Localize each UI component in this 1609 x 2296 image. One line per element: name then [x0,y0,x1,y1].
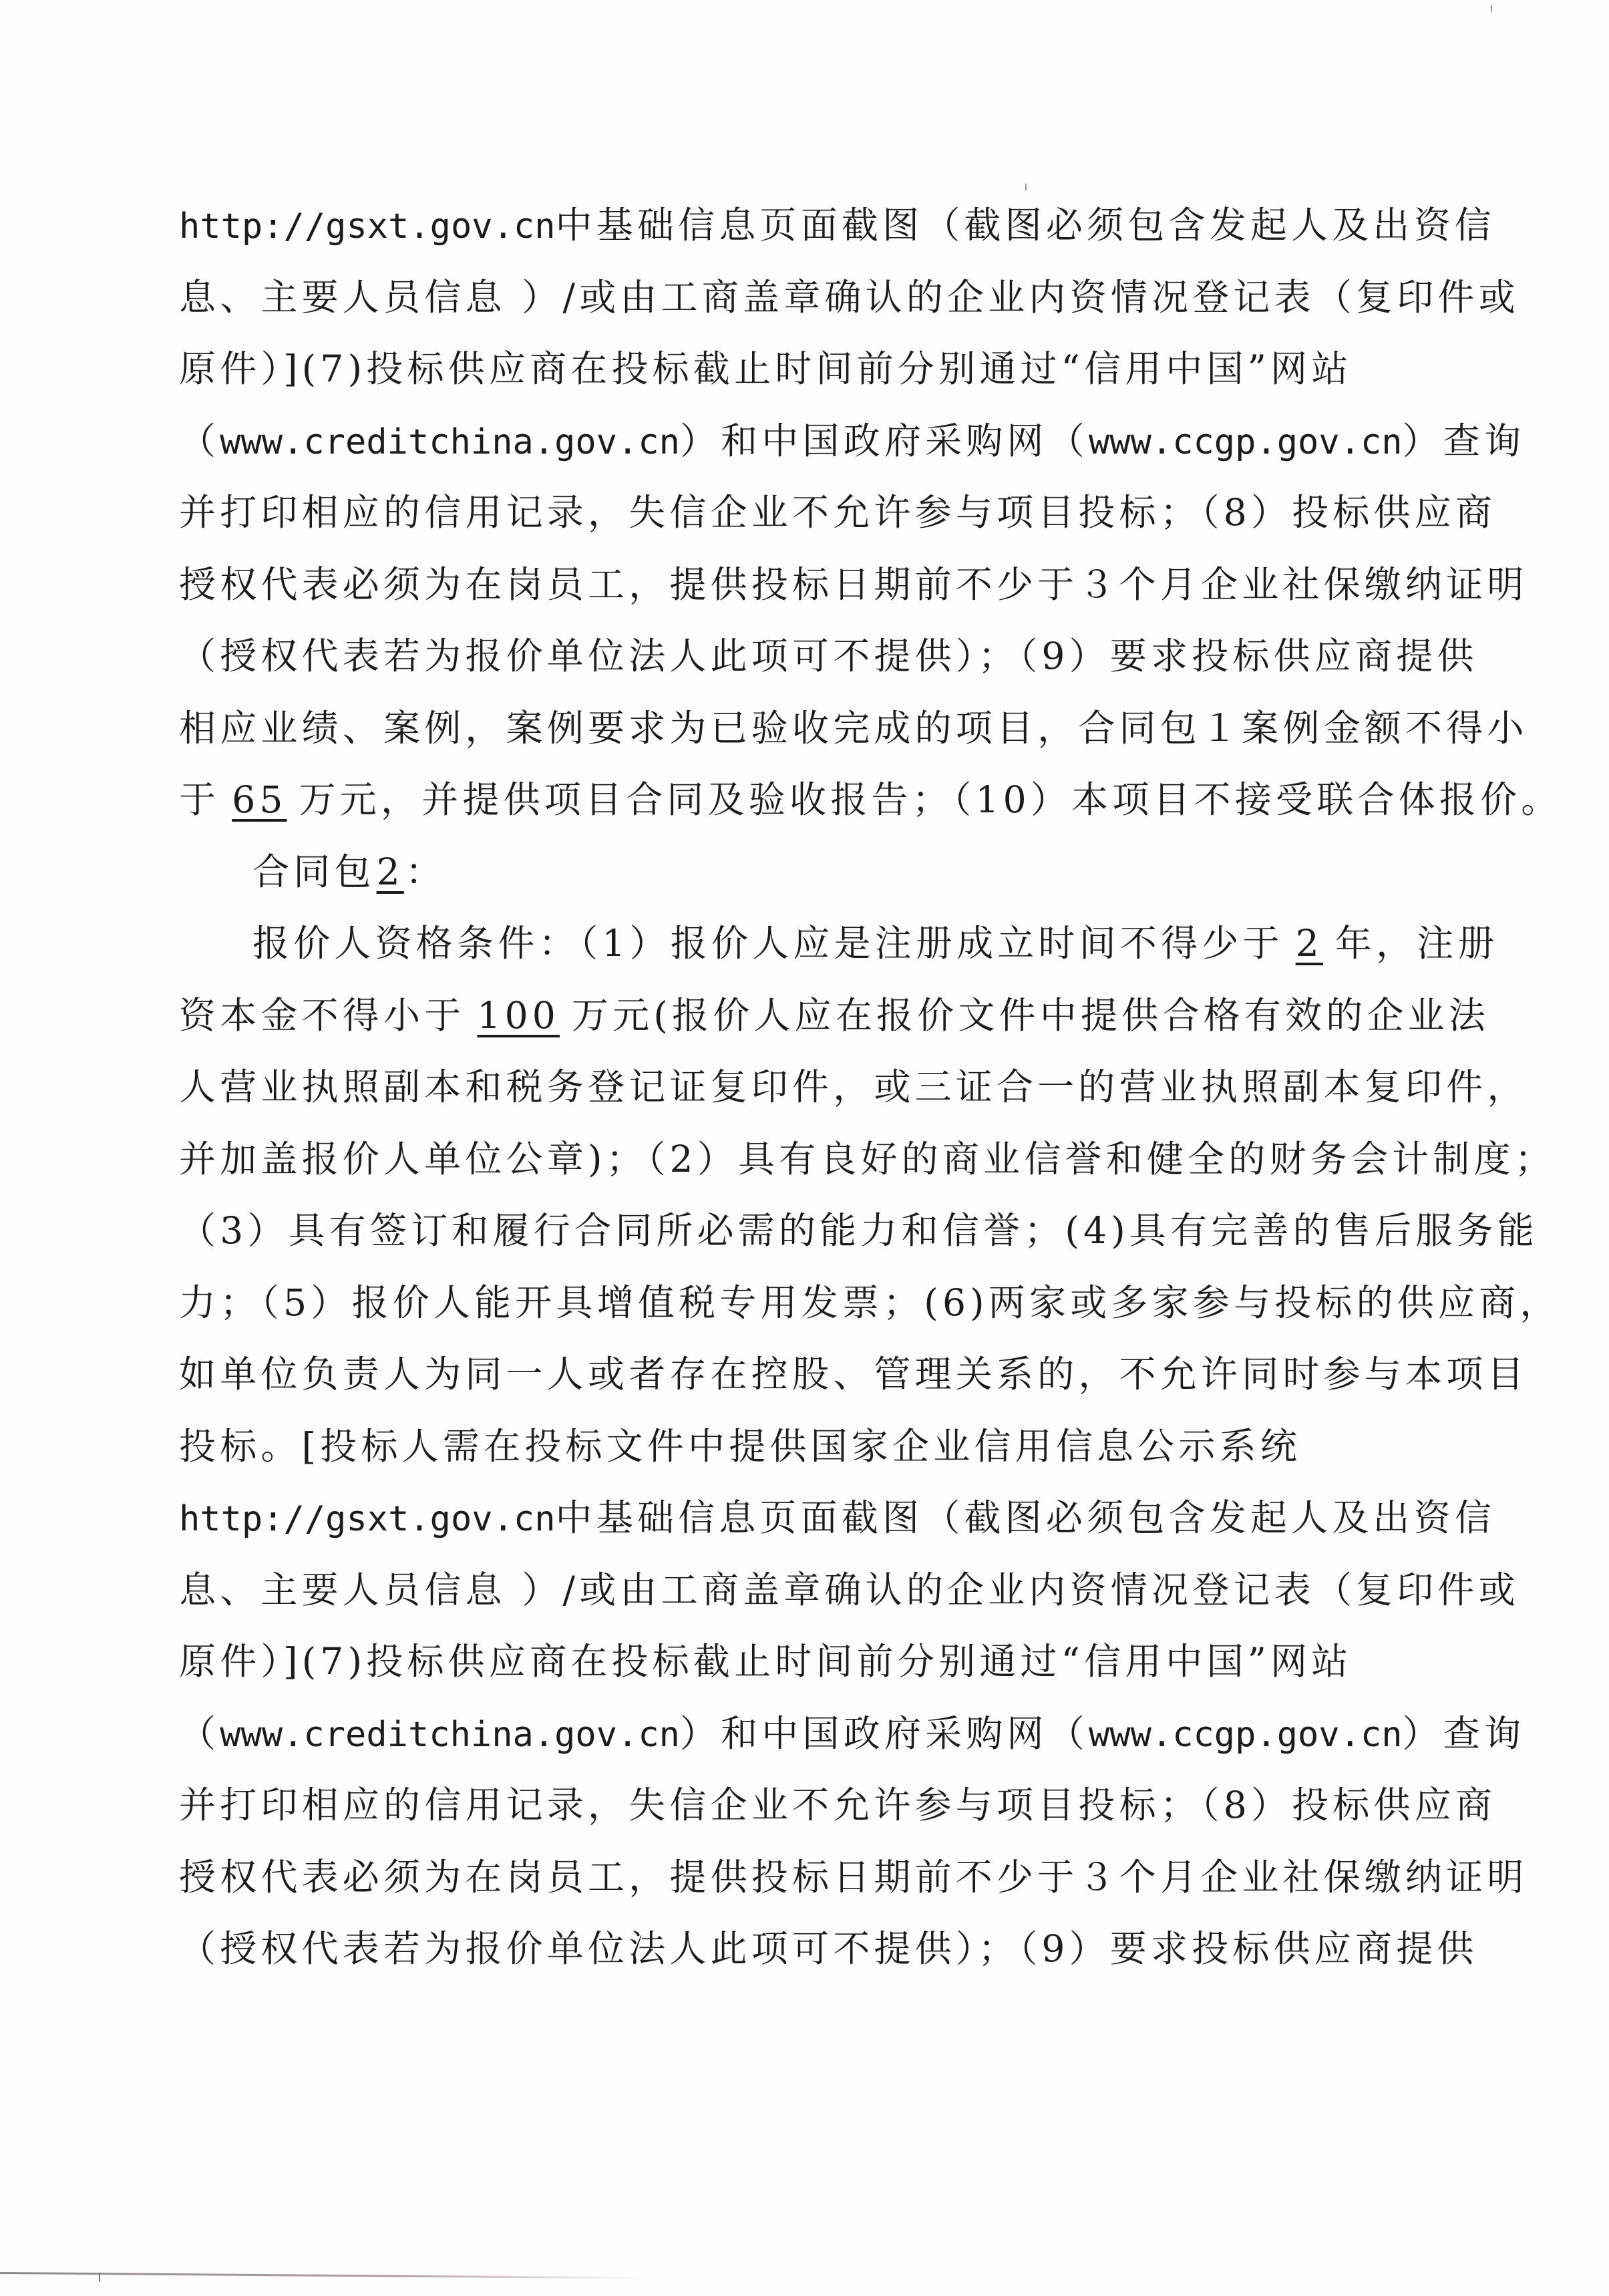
text-line: 并打印相应的信用记录，失信企业不允许参与项目投标；（8）投标供应商 [179,482,1461,542]
text-run: ）和中国政府采购网（ [680,1712,1089,1755]
text-line: （www.creditchina.gov.cn）和中国政府采购网（www.ccg… [179,1703,1461,1764]
text-line: 相应业绩、案例，案例要求为已验收完成的项目，合同包１案例金额不得小 [179,698,1461,758]
text-line: 原件）](7)投标供应商在投标截止时间前分别通过“信用中国”网站 [179,1631,1461,1691]
text-line: 息、主要人员信息 ）/或由工商盖章确认的企业内资情况登记表（复印件或 [179,267,1461,327]
url-text: http://gsxt.gov.cn [179,206,556,247]
text-run: ）查询 [1403,1712,1526,1755]
scan-speck [1025,184,1027,190]
text-line: 报价人资格条件：（1）报价人应是注册成立时间不得少于2年，注册 [252,913,1461,973]
text-run: 于 [179,778,220,821]
text-run: 人营业执照副本和税务登记证复印件，或三证合一的营业执照副本复印件， [179,1065,1528,1108]
text-run: 息、主要人员信息 ）/或由工商盖章确认的企业内资情况登记表（复印件或 [179,276,1519,319]
text-run: 万元，并提供项目合同及验收报告；（10）本项目不接受联合体报价。 [299,778,1562,821]
text-run: 资本金不得小于 [179,994,465,1037]
text-run: 授权代表必须为在岗员工，提供投标日期前不少于３个月企业社保缴纳证明 [179,1856,1528,1899]
url-text: www.creditchina.gov.cn [220,422,680,462]
filled-blank-value: 2 [375,850,405,893]
text-run: 原件）](7)投标供应商在投标截止时间前分别通过“信用中国”网站 [179,347,1353,390]
section-heading: 合同包2： [252,842,1461,902]
text-run: 投标。[投标人需在投标文件中提供国家企业信用信息公示系统 [179,1425,1301,1468]
text-line: 于65万元，并提供项目合同及验收报告；（10）本项目不接受联合体报价。 [179,770,1461,830]
url-text: www.ccgp.gov.cn [1089,1715,1403,1755]
text-line: 投标。[投标人需在投标文件中提供国家企业信用信息公示系统 [179,1416,1461,1476]
scanned-page: http://gsxt.gov.cn中基础信息页面截图（截图必须包含发起人及出资… [0,0,1609,2296]
text-line: 如单位负责人为同一人或者存在控股、管理关系的，不允许同时参与本项目 [179,1344,1461,1404]
text-run: （ [179,1712,220,1755]
scan-edge-tick [99,2273,100,2282]
text-line: 原件）](7)投标供应商在投标截止时间前分别通过“信用中国”网站 [179,339,1461,399]
scan-speck [1491,5,1492,12]
text-run: 中基础信息页面截图（截图必须包含发起人及出资信 [556,1496,1496,1539]
url-text: http://gsxt.gov.cn [179,1499,556,1539]
text-run: 年，注册 [1335,922,1499,965]
text-run: 报价人资格条件：（1）报价人应是注册成立时间不得少于 [252,922,1284,965]
text-run: （ [179,420,220,462]
text-run: （3）具有签订和履行合同所必需的能力和信誉；(4)具有完善的售后服务能 [179,1209,1538,1252]
text-run: ）查询 [1403,420,1526,462]
text-run: 力；（5）报价人能开具增值税专用发票；(6)两家或多家参与投标的供应商， [179,1281,1561,1324]
text-run: 原件）](7)投标供应商在投标截止时间前分别通过“信用中国”网站 [179,1640,1353,1683]
text-line: 并打印相应的信用记录，失信企业不允许参与项目投标；（8）投标供应商 [179,1775,1461,1835]
text-line: （www.creditchina.gov.cn）和中国政府采购网（www.ccg… [179,411,1461,471]
text-run: 授权代表必须为在岗员工，提供投标日期前不少于３个月企业社保缴纳证明 [179,563,1528,606]
text-run: 如单位负责人为同一人或者存在控股、管理关系的，不允许同时参与本项目 [179,1353,1528,1396]
text-run: 并打印相应的信用记录，失信企业不允许参与项目投标；（8）投标供应商 [179,491,1496,534]
text-run: 中基础信息页面截图（截图必须包含发起人及出资信 [556,204,1496,247]
text-run: 万元(报价人应在报价文件中提供合格有效的企业法 [572,994,1489,1037]
url-text: www.creditchina.gov.cn [220,1715,680,1755]
text-run: 相应业绩、案例，案例要求为已验收完成的项目，合同包１案例金额不得小 [179,707,1528,750]
text-line: http://gsxt.gov.cn中基础信息页面截图（截图必须包含发起人及出资… [179,1488,1461,1548]
text-run: ： [405,850,446,893]
text-line: http://gsxt.gov.cn中基础信息页面截图（截图必须包含发起人及出资… [179,195,1461,255]
text-line: （授权代表若为报价单位法人此项可不提供）；（9）要求投标供应商提供 [179,1919,1461,1979]
text-run: 合同包 [252,850,375,893]
filled-blank-value: 65 [220,778,299,821]
text-run: （授权代表若为报价单位法人此项可不提供）；（9）要求投标供应商提供 [179,1927,1478,1970]
url-text: www.ccgp.gov.cn [1089,422,1403,462]
text-line: 力；（5）报价人能开具增值税专用发票；(6)两家或多家参与投标的供应商， [179,1273,1461,1333]
text-line: 人营业执照副本和税务登记证复印件，或三证合一的营业执照副本复印件， [179,1057,1461,1117]
filled-blank-value: 100 [465,994,572,1037]
text-line: 授权代表必须为在岗员工，提供投标日期前不少于３个月企业社保缴纳证明 [179,1847,1461,1907]
text-run: （授权代表若为报价单位法人此项可不提供）；（9）要求投标供应商提供 [179,635,1478,677]
scan-edge-line [0,2272,641,2279]
text-run: 并打印相应的信用记录，失信企业不允许参与项目投标；（8）投标供应商 [179,1784,1496,1826]
text-run: 息、主要人员信息 ）/或由工商盖章确认的企业内资情况登记表（复印件或 [179,1569,1519,1611]
text-line: 息、主要人员信息 ）/或由工商盖章确认的企业内资情况登记表（复印件或 [179,1560,1461,1620]
text-run: 并加盖报价人单位公章)；（2）具有良好的商业信誉和健全的财务会计制度； [179,1138,1556,1180]
text-line: （3）具有签订和履行合同所必需的能力和信誉；(4)具有完善的售后服务能 [179,1200,1461,1261]
text-line: （授权代表若为报价单位法人此项可不提供）；（9）要求投标供应商提供 [179,626,1461,686]
filled-blank-value: 2 [1284,922,1335,965]
text-run: ）和中国政府采购网（ [680,420,1089,462]
text-line: 并加盖报价人单位公章)；（2）具有良好的商业信誉和健全的财务会计制度； [179,1129,1461,1189]
text-line: 授权代表必须为在岗员工，提供投标日期前不少于３个月企业社保缴纳证明 [179,554,1461,615]
text-line: 资本金不得小于100万元(报价人应在报价文件中提供合格有效的企业法 [179,985,1461,1045]
